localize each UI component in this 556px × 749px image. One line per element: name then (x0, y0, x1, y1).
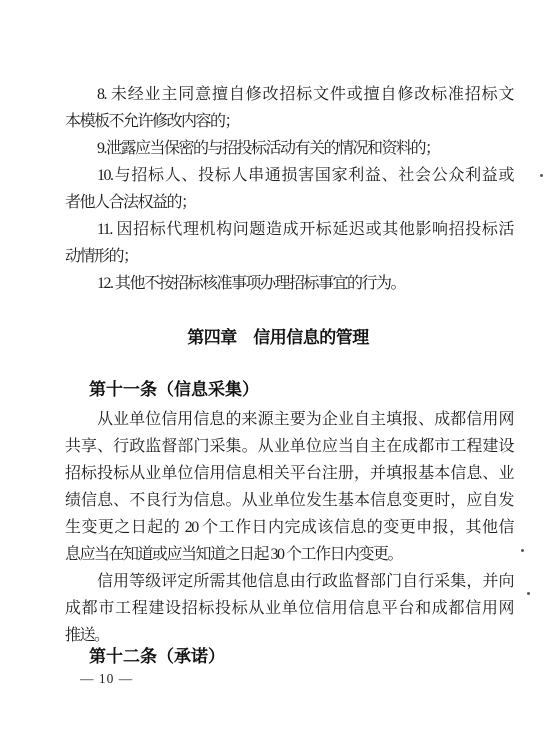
a11-p1-line-3: 招标投标从业单位信用信息相关平台注册，并填报基本信息、业 (65, 460, 513, 487)
a11-p2-line-2: 成都市工程建设招标投标从业单位信用信息平台和成都信用网 (65, 595, 513, 622)
article-11-paragraph-1: 从业单位信用信息的来源主要为企业自主填报、成都信用网 共享、行政监督部门采集。从… (65, 406, 513, 568)
clause-list: 8. 未经业主同意擅自修改招标文件或擅自修改标准招标文 本模板不允许修改内容的；… (65, 81, 513, 297)
article-11-paragraph-2: 信用等级评定所需其他信息由行政监督部门自行采集，并向 成都市工程建设招标投标从业… (65, 568, 513, 649)
a11-p2-line-1: 信用等级评定所需其他信息由行政监督部门自行采集，并向 (65, 568, 513, 595)
clause-11-line-1: 11. 因招标代理机构问题造成开标延迟或其他影响招投标活 (65, 216, 513, 243)
scan-speck (521, 549, 524, 552)
a11-p1-line-4: 绩信息、不良行为信息。从业单位发生基本信息变更时，应自发 (65, 487, 513, 514)
a11-p1-line-1: 从业单位信用信息的来源主要为企业自主填报、成都信用网 (65, 406, 513, 433)
article-11-heading: 第十一条（信息采集） (89, 376, 259, 403)
scan-speck (527, 592, 530, 595)
clause-11-line-2: 动情形的； (65, 243, 513, 270)
clause-9-line-1: 9.泄露应当保密的与招投标活动有关的情况和资料的； (65, 135, 513, 162)
a11-p1-line-5: 生变更之日起的 20 个工作日内完成该信息的变更申报，其他信 (65, 514, 513, 541)
clause-8-line-2: 本模板不允许修改内容的； (65, 108, 513, 135)
a11-p1-line-6: 息应当在知道或应当知道之日起 30 个工作日内变更。 (65, 541, 513, 568)
clause-10-line-2: 者他人合法权益的； (65, 189, 513, 216)
scanned-document-page: 8. 未经业主同意擅自修改招标文件或擅自修改标准招标文 本模板不允许修改内容的；… (0, 0, 556, 749)
scan-speck (540, 174, 543, 177)
article-12-heading: 第十二条（承诺） (89, 643, 225, 670)
a11-p1-line-2: 共享、行政监督部门采集。从业单位应当自主在成都市工程建设 (65, 433, 513, 460)
clause-8-line-1: 8. 未经业主同意擅自修改招标文件或擅自修改标准招标文 (65, 81, 513, 108)
page-number: — 10 — (80, 671, 133, 687)
chapter-4-heading: 第四章 信用信息的管理 (0, 323, 556, 348)
clause-10-line-1: 10.与招标人、投标人串通损害国家利益、社会公众利益或 (65, 162, 513, 189)
clause-12-line-1: 12. 其他不按招标核准事项办理招标事宜的行为。 (65, 270, 513, 297)
